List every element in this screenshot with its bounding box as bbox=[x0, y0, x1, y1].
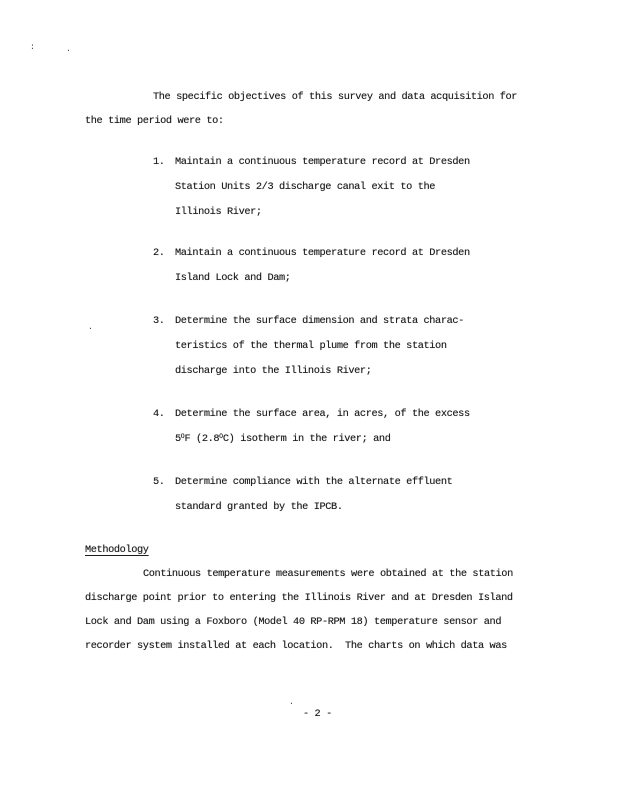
methodology-line: Lock and Dam using a Foxboro (Model 40 R… bbox=[85, 610, 513, 634]
scanned-document-page: : . . . The specific objectives of this … bbox=[0, 0, 618, 800]
isotherm-text: 5 bbox=[175, 433, 181, 445]
isotherm-text: F (2.8 bbox=[184, 433, 219, 445]
objective-line: standard granted by the IPCB. bbox=[153, 495, 452, 520]
objective-item-1: 1.Maintain a continuous temperature reco… bbox=[153, 150, 470, 225]
methodology-line: recorder system installed at each locati… bbox=[85, 634, 513, 658]
objective-line: 1.Maintain a continuous temperature reco… bbox=[153, 150, 470, 175]
scan-speck: . bbox=[88, 324, 92, 332]
item-text: Maintain a continuous temperature record… bbox=[175, 156, 470, 168]
methodology-heading: Methodology bbox=[85, 538, 513, 562]
scan-speck: . bbox=[289, 699, 293, 707]
objective-item-4: 4.Determine the surface area, in acres, … bbox=[153, 402, 470, 452]
item-text: Determine the surface area, in acres, of… bbox=[175, 408, 470, 420]
objective-item-2: 2.Maintain a continuous temperature reco… bbox=[153, 241, 470, 291]
objective-item-3: 3.Determine the surface dimension and st… bbox=[153, 309, 464, 384]
objective-line: 5.Determine compliance with the alternat… bbox=[153, 470, 452, 495]
item-number: 5. bbox=[153, 470, 175, 495]
item-number: 3. bbox=[153, 309, 175, 334]
scan-speck: . bbox=[66, 46, 70, 54]
objective-item-5: 5.Determine compliance with the alternat… bbox=[153, 470, 452, 520]
degree-superscript: O bbox=[219, 433, 223, 440]
objective-line: teristics of the thermal plume from the … bbox=[153, 334, 464, 359]
methodology-section: Methodology Continuous temperature measu… bbox=[85, 538, 513, 658]
objective-line: discharge into the Illinois River; bbox=[153, 359, 464, 384]
intro-paragraph: The specific objectives of this survey a… bbox=[85, 85, 517, 133]
intro-line: the time period were to: bbox=[85, 109, 517, 133]
scan-speck: : bbox=[30, 44, 34, 52]
objective-line: Island Lock and Dam; bbox=[153, 266, 470, 291]
page-number: - 2 - bbox=[303, 702, 332, 726]
objective-line: Illinois River; bbox=[153, 200, 470, 225]
objective-line: 4.Determine the surface area, in acres, … bbox=[153, 402, 470, 427]
item-text: Maintain a continuous temperature record… bbox=[175, 247, 470, 259]
objective-line: 2.Maintain a continuous temperature reco… bbox=[153, 241, 470, 266]
item-number: 4. bbox=[153, 402, 175, 427]
methodology-line: Continuous temperature measurements were… bbox=[85, 562, 513, 586]
degree-superscript: O bbox=[181, 433, 185, 440]
methodology-line: discharge point prior to entering the Il… bbox=[85, 586, 513, 610]
item-number: 2. bbox=[153, 241, 175, 266]
intro-line: The specific objectives of this survey a… bbox=[85, 85, 517, 109]
objective-line-isotherm: 5OF (2.8OC) isotherm in the river; and bbox=[153, 427, 470, 452]
isotherm-text: C) isotherm in the river; and bbox=[223, 433, 391, 445]
objective-line: 3.Determine the surface dimension and st… bbox=[153, 309, 464, 334]
item-number: 1. bbox=[153, 150, 175, 175]
objective-line: Station Units 2/3 discharge canal exit t… bbox=[153, 175, 470, 200]
item-text: Determine compliance with the alternate … bbox=[175, 476, 452, 488]
item-text: Determine the surface dimension and stra… bbox=[175, 315, 464, 327]
